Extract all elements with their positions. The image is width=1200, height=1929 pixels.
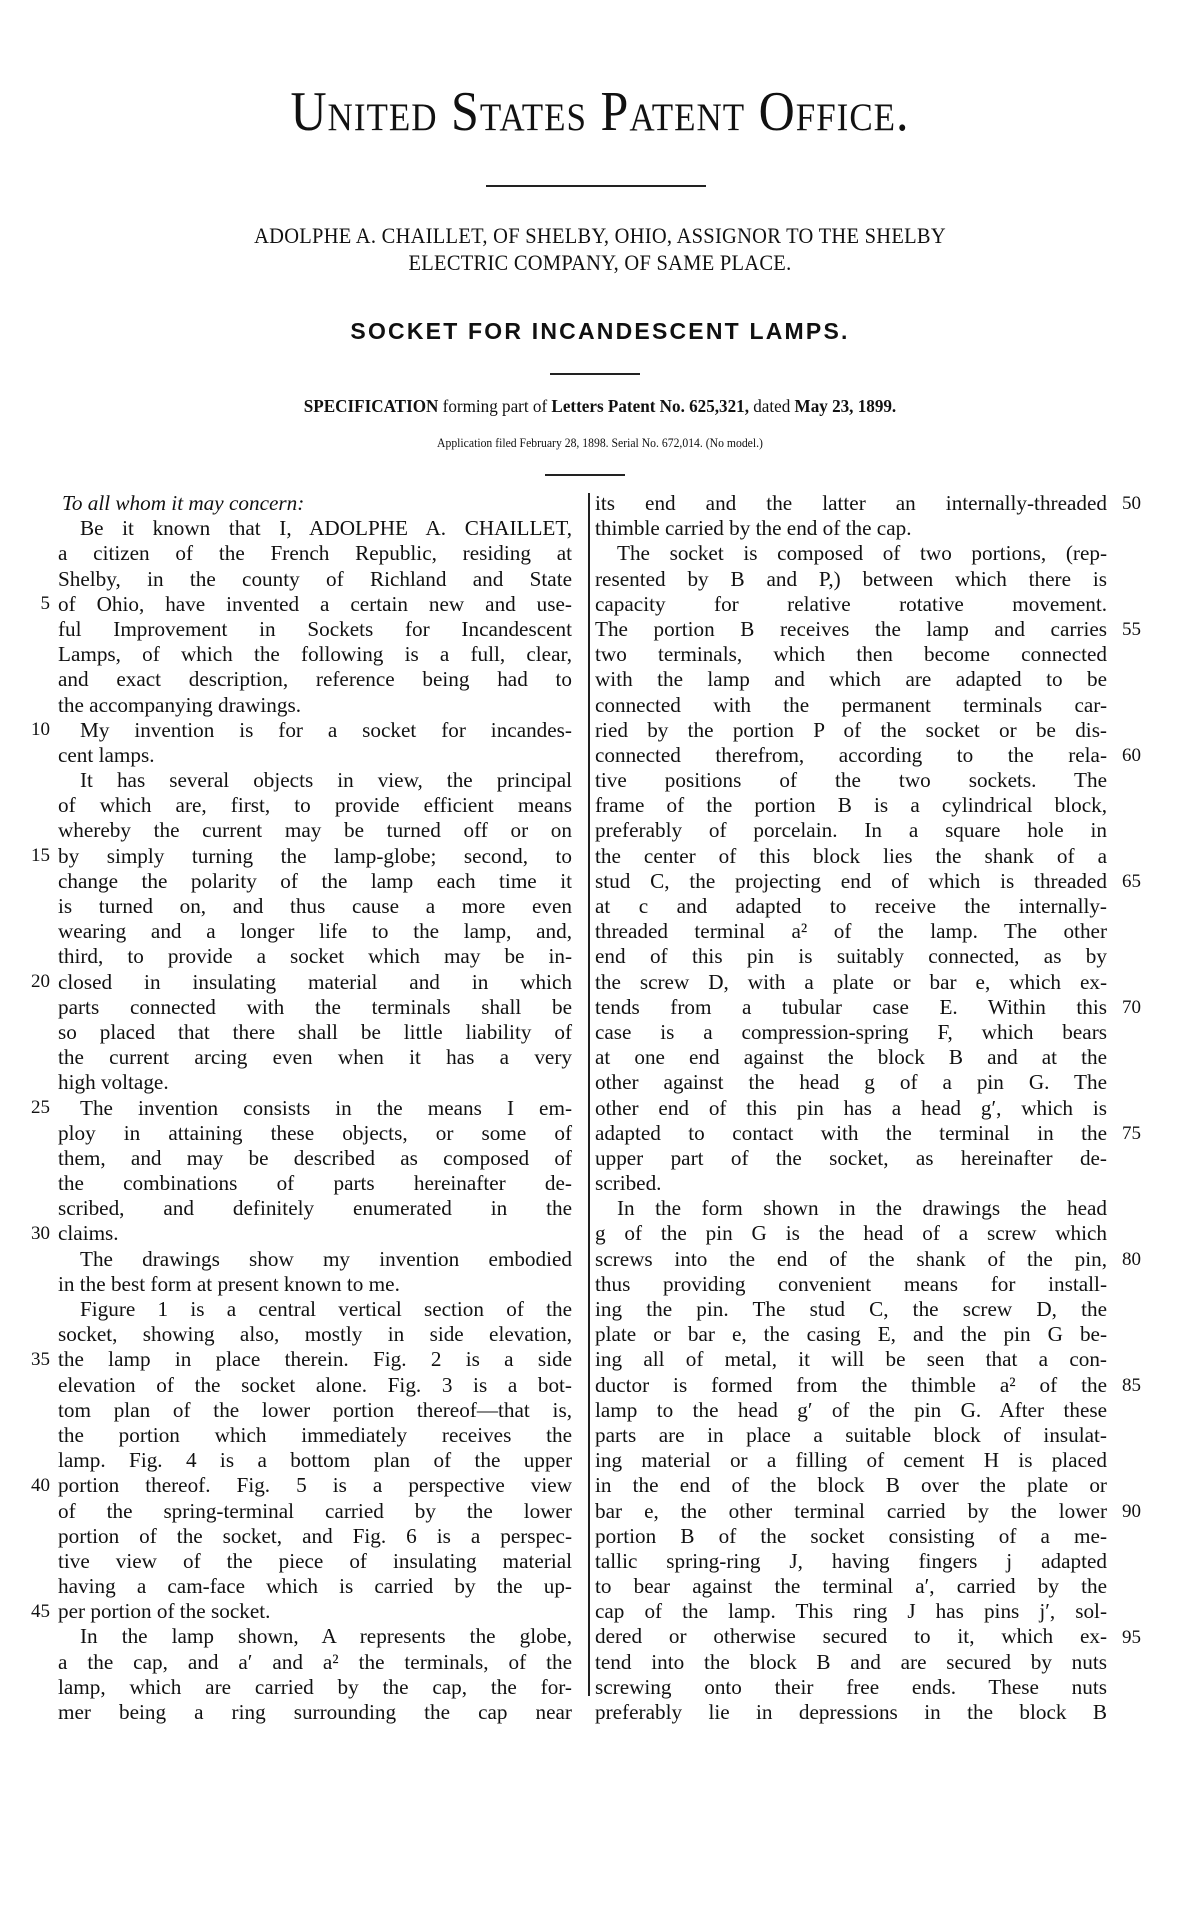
text-line: capacity for relative rotative movement. [595,592,1107,617]
text-line: at one end against the block B and at th… [595,1045,1107,1070]
text-line: connected with the permanent terminals c… [595,693,1107,718]
text-line: at c and adapted to receive the internal… [595,894,1107,919]
text-line: socket, showing also, mostly in side ele… [58,1322,572,1347]
text-line: having a cam-face which is carried by th… [58,1574,572,1599]
header-rule-2 [550,373,640,375]
text-line: so placed that there shall be little lia… [58,1020,572,1045]
text-line: closed in insulating material and in whi… [58,970,572,995]
text-line: parts are in place a suitable block of i… [595,1423,1107,1448]
text-line: preferably lie in depressions in the blo… [595,1700,1107,1725]
line-number: 45 [18,1601,50,1623]
text-line: whereby the current may be turned off or… [58,818,572,843]
text-line: cent lamps. [58,743,572,768]
letters-patent-number: Letters Patent No. 625,321, [551,396,749,416]
inventor-line-2: ELECTRIC COMPANY, OF SAME PLACE. [42,249,1158,276]
text-line: Figure 1 is a central vertical section o… [58,1297,572,1322]
office-title-text: United States Patent Office. [290,80,909,143]
text-line: of Ohio, have invented a certain new and… [58,592,572,617]
patent-title: SOCKET FOR INCANDESCENT LAMPS. [0,318,1200,345]
text-line: elevation of the socket alone. Fig. 3 is… [58,1373,572,1398]
text-line: ing the pin. The stud C, the screw D, th… [595,1297,1107,1322]
text-line: Be it known that I, ADOLPHE A. CHAILLET, [58,516,572,541]
text-line: connected therefrom, according to the re… [595,743,1107,768]
text-line: tom plan of the lower portion thereof—th… [58,1398,572,1423]
line-number: 30 [18,1223,50,1245]
text-line: lamp, which are carried by the cap, the … [58,1675,572,1700]
text-line: screwing onto their free ends. These nut… [595,1675,1107,1700]
text-line: The drawings show my invention embodied [58,1247,572,1272]
text-line: threaded terminal a² of the lamp. The ot… [595,919,1107,944]
text-line: parts connected with the terminals shall… [58,995,572,1020]
text-line: stud C, the projecting end of which is t… [595,869,1107,894]
text-line: per portion of the socket. [58,1599,572,1624]
line-number: 90 [1122,1501,1162,1523]
text-line: frame of the portion B is a cylindrical … [595,793,1107,818]
specification-line: SPECIFICATION forming part of Letters Pa… [30,396,1170,417]
line-number: 50 [1122,493,1162,515]
text-line: a citizen of the French Republic, residi… [58,541,572,566]
text-line: change the polarity of the lamp each tim… [58,869,572,894]
text-line: the center of this block lies the shank … [595,844,1107,869]
left-column: To all whom it may concern: Be it known … [58,491,572,1725]
line-number: 35 [18,1349,50,1371]
text-line: of the spring-terminal carried by the lo… [58,1499,572,1524]
text-line: tive view of the piece of insulating mat… [58,1549,572,1574]
text-line: is turned on, and thus cause a more even [58,894,572,919]
text-line: resented by B and P,) between which ther… [595,567,1107,592]
text-line: portion thereof. Fig. 5 is a perspective… [58,1473,572,1498]
inventor-block: ADOLPHE A. CHAILLET, OF SHELBY, OHIO, AS… [42,222,1158,276]
text-line: high voltage. [58,1070,572,1095]
line-number: 60 [1122,745,1162,767]
text-line: plate or bar e, the casing E, and the pi… [595,1322,1107,1347]
text-line: cap of the lamp. This ring J has pins j′… [595,1599,1107,1624]
text-line: Lamps, of which the following is a full,… [58,642,572,667]
text-line: and exact description, reference being h… [58,667,572,692]
text-line: a the cap, and a′ and a² the terminals, … [58,1650,572,1675]
line-number: 5 [18,593,50,615]
text-line: scribed. [595,1171,1107,1196]
text-line: ploy in attaining these objects, or some… [58,1121,572,1146]
text-line: upper part of the socket, as hereinafter… [595,1146,1107,1171]
text-line: case is a compression-spring F, which be… [595,1020,1107,1045]
text-line: lamp. Fig. 4 is a bottom plan of the upp… [58,1448,572,1473]
text-line: with the lamp and which are adapted to b… [595,667,1107,692]
text-line: in the end of the block B over the plate… [595,1473,1107,1498]
text-line: dered or otherwise secured to it, which … [595,1624,1107,1649]
text-line: bar e, the other terminal carried by the… [595,1499,1107,1524]
salutation: To all whom it may concern: [58,491,572,516]
inventor-line-1: ADOLPHE A. CHAILLET, OF SHELBY, OHIO, AS… [42,222,1158,249]
text-line: two terminals, which then become connect… [595,642,1107,667]
text-line: to bear against the terminal a′, carried… [595,1574,1107,1599]
text-line: g of the pin G is the head of a screw wh… [595,1221,1107,1246]
line-number: 70 [1122,997,1162,1019]
text-line: Shelby, in the county of Richland and St… [58,567,572,592]
text-line: portion of the socket, and Fig. 6 is a p… [58,1524,572,1549]
line-number: 65 [1122,871,1162,893]
text-line: its end and the latter an internally-thr… [595,491,1107,516]
text-line: lamp to the head g′ of the pin G. After … [595,1398,1107,1423]
text-line: In the lamp shown, A represents the glob… [58,1624,572,1649]
specification-label: SPECIFICATION [304,396,439,416]
office-title: United States Patent Office. [0,79,1200,144]
text-line: the portion which immediately receives t… [58,1423,572,1448]
text-line: The invention consists in the means I em… [58,1096,572,1121]
text-line: claims. [58,1221,572,1246]
text-line: preferably of porcelain. In a square hol… [595,818,1107,843]
text-line: third, to provide a socket which may be … [58,944,572,969]
text-line: tallic spring-ring J, having fingers j a… [595,1549,1107,1574]
text-line: by simply turning the lamp-globe; second… [58,844,572,869]
text-line: mer being a ring surrounding the cap nea… [58,1700,572,1725]
line-number: 95 [1122,1627,1162,1649]
text-line: the accompanying drawings. [58,693,572,718]
text-line: tends from a tubular case E. Within this [595,995,1107,1020]
text-line: ing all of metal, it will be seen that a… [595,1347,1107,1372]
header-rule-3 [545,474,625,476]
text-line: other against the head g of a pin G. The [595,1070,1107,1095]
text-line: ful Improvement in Sockets for Incandesc… [58,617,572,642]
text-line: It has several objects in view, the prin… [58,768,572,793]
text-line: The portion B receives the lamp and carr… [595,617,1107,642]
text-line: them, and may be described as composed o… [58,1146,572,1171]
text-line: of which are, first, to provide efficien… [58,793,572,818]
patent-date: May 23, 1899. [795,396,897,416]
text-line: other end of this pin has a head g′, whi… [595,1096,1107,1121]
application-line: Application filed February 28, 1898. Ser… [60,435,1140,451]
line-number: 85 [1122,1375,1162,1397]
text-line: My invention is for a socket for incande… [58,718,572,743]
text-line: ductor is formed from the thimble a² of … [595,1373,1107,1398]
column-divider [588,493,590,1696]
header-rule-1 [486,185,706,187]
line-number: 75 [1122,1123,1162,1145]
text-line: thus providing convenient means for inst… [595,1272,1107,1297]
text-line: scribed, and definitely enumerated in th… [58,1196,572,1221]
text-line: In the form shown in the drawings the he… [595,1196,1107,1221]
text-line: end of this pin is suitably connected, a… [595,944,1107,969]
text-line: the lamp in place therein. Fig. 2 is a s… [58,1347,572,1372]
line-number: 40 [18,1475,50,1497]
line-number: 25 [18,1097,50,1119]
line-number: 15 [18,845,50,867]
text-line: tend into the block B and are secured by… [595,1650,1107,1675]
text-line: The socket is composed of two portions, … [595,541,1107,566]
specification-text-2: dated [749,396,795,416]
text-line: the combinations of parts hereinafter de… [58,1171,572,1196]
line-number: 10 [18,719,50,741]
text-line: ried by the portion P of the socket or b… [595,718,1107,743]
text-line: in the best form at present known to me. [58,1272,572,1297]
line-number: 55 [1122,619,1162,641]
text-line: screws into the end of the shank of the … [595,1247,1107,1272]
text-line: ing material or a filling of cement H is… [595,1448,1107,1473]
line-number: 20 [18,971,50,993]
line-number: 80 [1122,1249,1162,1271]
text-line: portion B of the socket consisting of a … [595,1524,1107,1549]
text-line: the current arcing even when it has a ve… [58,1045,572,1070]
text-line: wearing and a longer life to the lamp, a… [58,919,572,944]
right-column: its end and the latter an internally-thr… [595,491,1107,1725]
specification-text-1: forming part of [438,396,551,416]
text-line: the screw D, with a plate or bar e, whic… [595,970,1107,995]
text-line: adapted to contact with the terminal in … [595,1121,1107,1146]
text-line: thimble carried by the end of the cap. [595,516,1107,541]
text-line: tive positions of the two sockets. The [595,768,1107,793]
